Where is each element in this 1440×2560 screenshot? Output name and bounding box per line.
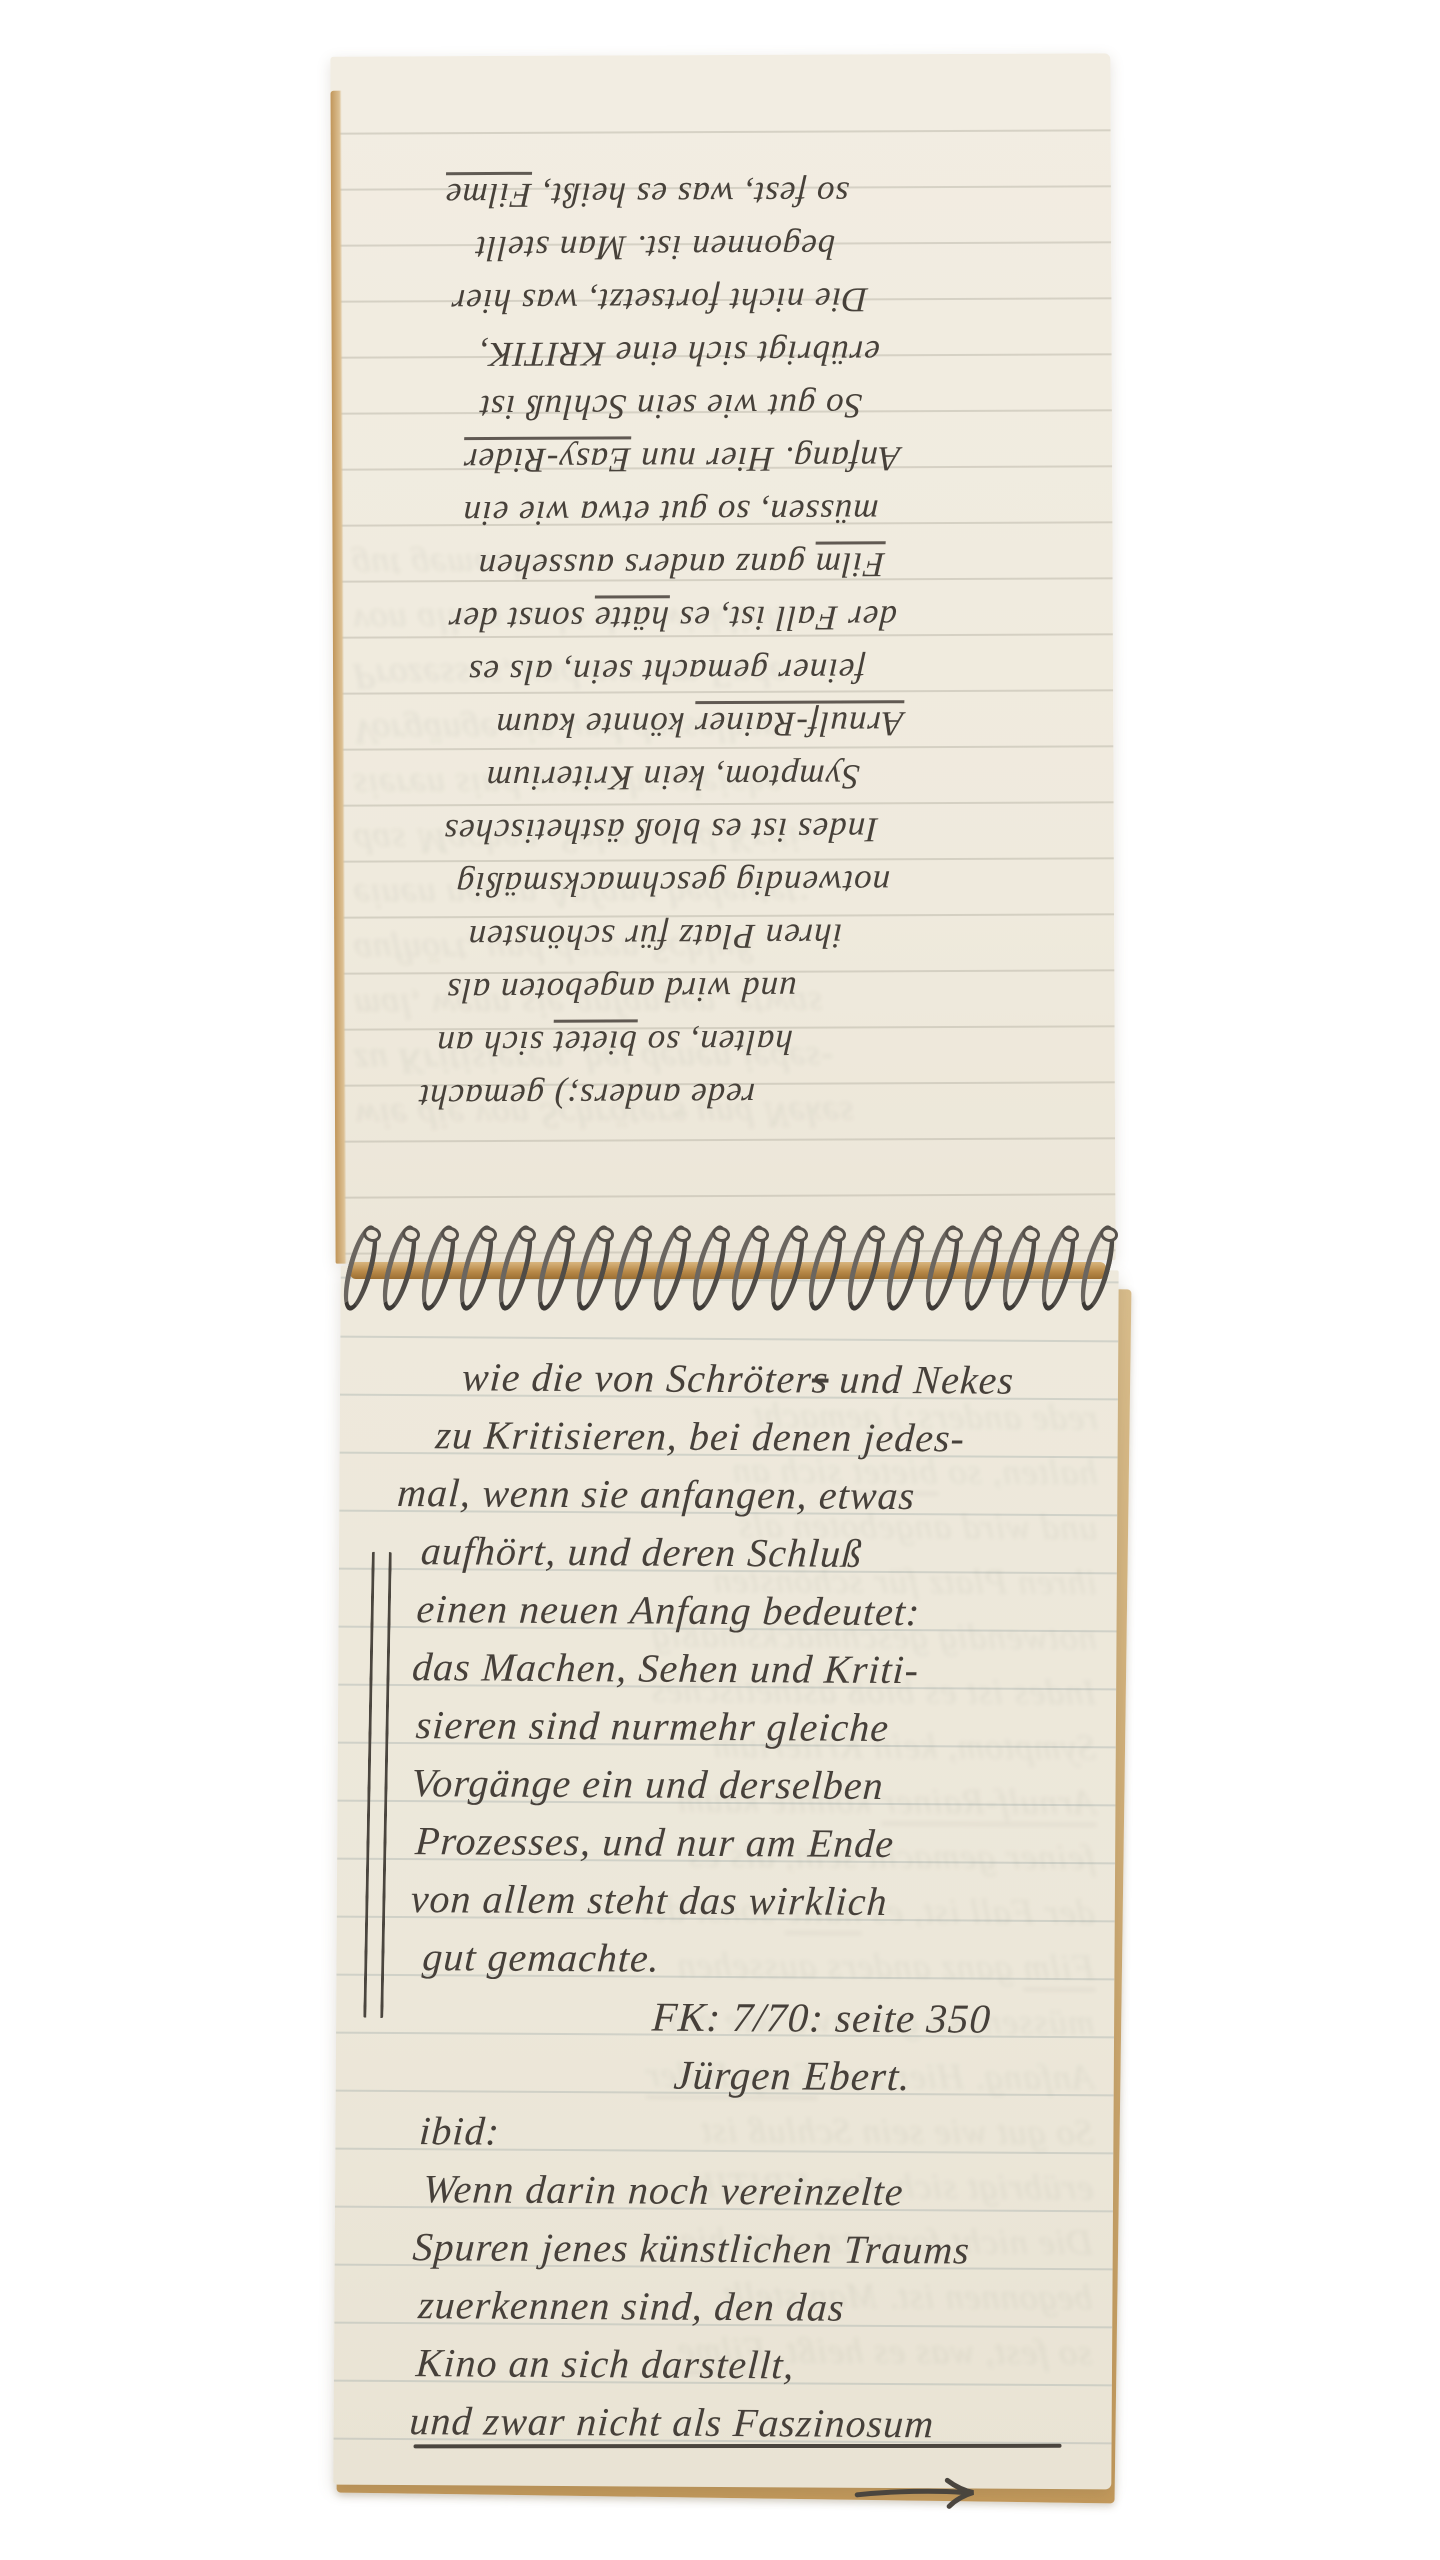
handwritten-line: von allem steht das wirklich (409, 1870, 1090, 1932)
handwritten-line: gut gemachte. (421, 1928, 1090, 1990)
spiral-wire-loop-icon (570, 1222, 617, 1313)
handwritten-line: Symptom, kein Kriterium (350, 750, 861, 805)
handwritten-line: Vorgänge ein und derselben (410, 1754, 1091, 1816)
handwritten-line: notwendig geschmacksmäßig (351, 856, 892, 911)
spiral-binding (348, 1224, 1110, 1320)
handwritten-text-block: rede anders;) gemachthalten, so bietet s… (349, 167, 905, 1123)
handwritten-line: Indes ist es bloß ästhetisches (350, 803, 879, 858)
spiral-wire-loop-icon (996, 1222, 1043, 1313)
rotated-content: wie die von Schröters und Nekeszu Kritis… (330, 53, 1115, 1263)
handwritten-line: Wenn darin noch vereinzelte (421, 2160, 1088, 2222)
spiral-wire-loop-icon (880, 1222, 927, 1313)
spiral-wire-loop-icon (802, 1222, 849, 1313)
spiral-wire-loop-icon (958, 1222, 1005, 1313)
spiral-wire-loop-icon (492, 1222, 539, 1313)
spiral-wire-loop-icon (453, 1222, 500, 1313)
handwritten-line: zu Kritisieren, bei denen jedes- (434, 1406, 1093, 1468)
handwritten-line: müssen, so gut etwa wie ein (349, 485, 880, 540)
top-page: wie die von Schröters und Nekeszu Kritis… (330, 53, 1115, 1263)
ibid-label: ibid: (418, 2102, 1089, 2164)
spiral-wire-loop-icon (725, 1222, 772, 1313)
spiral-wire-loop-icon (764, 1222, 811, 1313)
handwritten-line: erübrigt sich eine KRITIK, (348, 326, 881, 381)
handwritten-line: ihren Platz für schönsten (351, 909, 844, 964)
spiral-wire-loop-icon (919, 1222, 966, 1313)
citation-author: Jürgen Ebert. (672, 2046, 1089, 2107)
handwritten-line: rede anders;) gemacht (352, 1069, 757, 1124)
spiral-wire-loop-icon (686, 1222, 733, 1313)
handwritten-line: das Machen, Sehen und Kriti- (411, 1638, 1092, 1700)
handwritten-line: und wird angeboten als (351, 963, 798, 1018)
quote-2: Wenn darin noch vereinzelteSpuren jenes … (417, 2160, 1087, 2454)
wire-loops (348, 1224, 1110, 1320)
handwritten-line: begonnen ist. Man stellt (348, 221, 837, 276)
quote-1: wie die von Schröters und Nekeszu Kritis… (420, 1348, 1092, 1990)
spiral-wire-loop-icon (376, 1222, 423, 1313)
handwritten-line: sieren sind nurmehr gleiche (414, 1696, 1091, 1758)
handwritten-line: einen neuen Anfang bedeutet: (415, 1580, 1092, 1642)
notebook-photo: wie die von Schröters und Nekeszu Kritis… (0, 0, 1440, 2560)
spiral-wire-loop-icon (1035, 1222, 1082, 1313)
handwritten-line: Kino an sich darstellt, (414, 2334, 1087, 2396)
citation-source: FK: 7/70: seite 350 (650, 1988, 1089, 2049)
handwritten-line: Film ganz anders aussehen (349, 538, 886, 593)
handwritten-line: feiner gemacht sein, als es (350, 644, 867, 699)
handwritten-line: aufhört, und deren Schluß (419, 1522, 1092, 1584)
spiral-wire-loop-icon (415, 1222, 462, 1313)
handwritten-line: Die nicht fortsetzt, was hier (348, 273, 869, 328)
handwritten-line: Anfang. Hier nun Easy-Rider (349, 432, 902, 487)
handwritten-line: wie die von Schröters und Nekes (460, 1348, 1093, 1410)
handwritten-line: so fest, was es heißt, Filme (348, 167, 851, 222)
underline-stroke (414, 2444, 1062, 2449)
handwritten-line: Prozesses, und nur am Ende (414, 1812, 1091, 1874)
handwritten-line: Arnulf-Rainer könnte kaum (350, 697, 905, 752)
handwritten-line: halten, so bietet sich an (351, 1016, 794, 1071)
spiral-wire-loop-icon (841, 1222, 888, 1313)
bottom-page: rede anders;) gemachthalten, so bietet s… (333, 1266, 1118, 2490)
handwritten-line: der Fall ist, es hätte sonst der (350, 591, 899, 646)
spiral-wire-loop-icon (647, 1222, 694, 1313)
handwritten-line: mal, wenn sie anfangen, etwas (396, 1464, 1093, 1526)
hand-drawn-arrow-icon (853, 2475, 983, 2510)
handwritten-line: So gut wie sein Schluß ist (349, 379, 864, 434)
handwritten-line: Spuren jenes künstlichen Traums (411, 2218, 1088, 2280)
handwritten-line: zuerkennen sind, den das (417, 2276, 1088, 2338)
spiral-wire-loop-icon (609, 1222, 656, 1313)
handwritten-text-block: wie die von Schröters und Nekeszu Kritis… (417, 1348, 1092, 2510)
spiral-wire-loop-icon (531, 1222, 578, 1313)
